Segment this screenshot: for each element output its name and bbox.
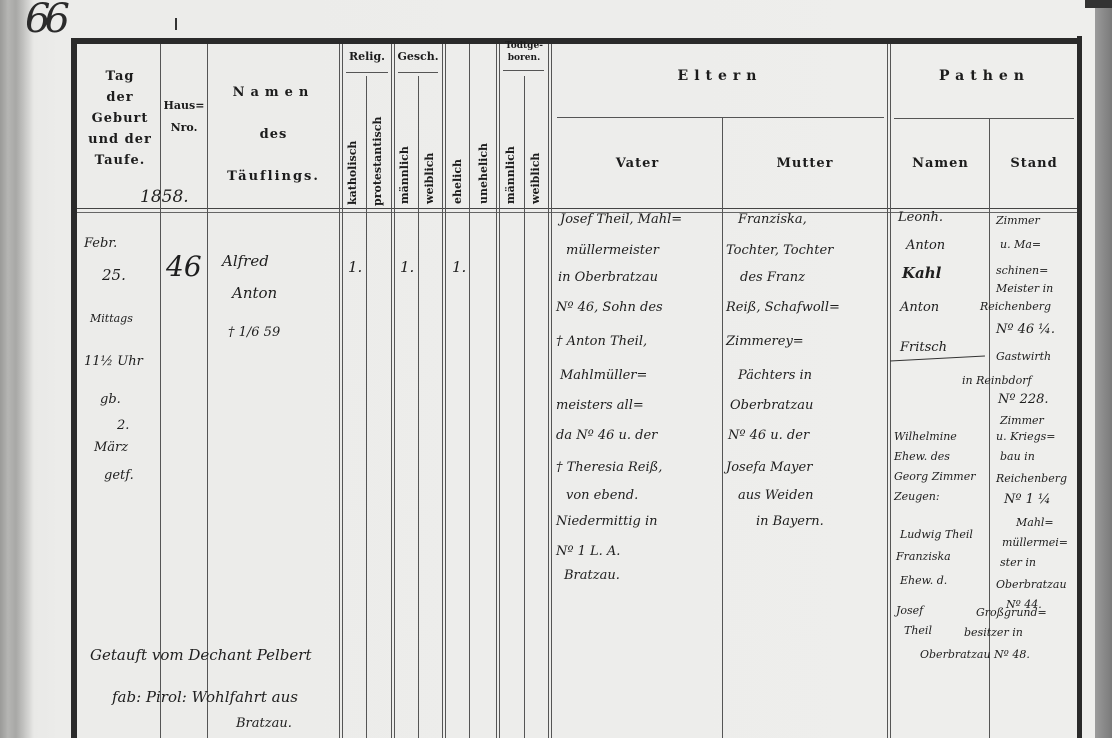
sponsor-name-line: Georg Zimmer [894,470,976,483]
sponsor-name-line: Ehew. d. [900,574,947,587]
sponsor-name-line: Zeugen: [894,490,940,503]
header-divider [77,208,1077,209]
sponsor-name-line: Franziska [896,550,951,563]
father-line: Nº 46, Sohn des [556,300,663,315]
header-vater: Vater [555,156,720,171]
sponsor-stand-line: Nº 1 ¼ [1004,492,1051,507]
sponsor-stand-line: ster in [1000,556,1036,569]
header-stand: Stand [991,156,1077,171]
table-frame-right [1077,36,1082,738]
sponsor-stand-line: Oberbratzau [996,578,1067,591]
year: 1858. [140,187,189,207]
father-line: † Anton Theil, [556,334,647,349]
header-tag-line: Taufe. [80,150,160,171]
sponsor-stand-line: u. Kriegs= [996,430,1056,443]
header-namen-line: Namen [208,72,339,114]
sponsor-name-line: Leonh. [898,210,943,225]
header-todt-line: Todtge- [499,40,549,52]
header-katholisch: katholisch [346,125,359,205]
mother-line: Nº 46 u. der [728,428,809,443]
sponsor-name-line: Anton [906,238,945,253]
header-tag-line: Tag [80,66,160,87]
mark-ehelich: 1. [452,258,466,276]
sponsor-name-line: Ehew. des [894,450,950,463]
eltern-underline [557,117,884,118]
header-unehelich: unehelich [477,120,490,204]
sponsor-stand-line: Zimmer [996,214,1040,227]
header-haus: Haus= Nro. [160,95,208,139]
sponsor-stand-line: besitzer in [964,626,1023,639]
sponsor-stand-line: Oberbratzau Nº 48. [920,648,1030,661]
sponsor-name-line: Theil [904,624,932,637]
sponsor-stand-line: müllermei= [1002,536,1068,549]
header-todtgeboren: Todtge- boren. [499,40,549,64]
mother-line: Franziska, [738,212,807,227]
col-line [469,44,470,738]
sponsor-stand-line: Reichenberg [996,472,1067,485]
header-todt-maennlich: männlich [504,120,517,204]
date-line: Febr. [84,236,117,251]
page-shadow [1085,0,1112,8]
header-todt-weiblich: weiblich [529,128,542,204]
footnote-line: Getauft vom Dechant Pelbert [90,646,311,664]
sponsor-stand-line: Mahl= [1016,516,1054,529]
header-mutter: Mutter [724,156,886,171]
header-namen-line: des [208,114,339,156]
mother-line: aus Weiden [738,488,813,503]
father-line: da Nº 46 u. der [556,428,657,443]
sponsor-name-line: Fritsch [900,340,947,355]
top-mark [175,18,177,30]
col-line [887,44,888,738]
book-edge [1095,0,1112,738]
sponsor-stand-line: u. Ma= [1000,238,1041,251]
father-line: meisters all= [556,398,644,413]
header-tag-line: und der [80,129,160,150]
sponsor-stand-line: in Reinbdorf [962,374,1032,387]
mother-line: Zimmerey= [726,334,804,349]
relig-underline [346,72,388,73]
header-maennlich: männlich [398,118,411,204]
sponsor-name-line: Kahl [902,264,941,282]
mother-line: Oberbratzau [730,398,813,413]
date-line: gb. [100,392,121,407]
sponsor-name-line: Wilhelmine [894,430,957,443]
col-line [339,44,340,738]
todt-underline [503,70,544,71]
header-tag-line: der [80,87,160,108]
sponsor-stand-line: Zimmer [1000,414,1044,427]
mark-katholisch: 1. [348,258,362,276]
col-line [366,76,367,738]
sponsor-stand-line: schinen= [996,264,1048,277]
child-name-line: Alfred [222,252,269,270]
sponsor-name-line: Josef [896,604,923,617]
mother-line: Josefa Mayer [726,460,812,475]
mother-line: Pächters in [738,368,812,383]
header-tag-line: Geburt [80,108,160,129]
header-tag: Tag der Geburt und der Taufe. [80,66,160,171]
col-line [499,44,500,738]
col-line [391,44,392,738]
col-line [722,117,723,738]
father-line: † Theresia Reiß, [556,460,662,475]
header-haus-line: Nro. [160,117,208,139]
col-line [496,44,497,738]
father-line: müllermeister [566,243,659,258]
father-line: Bratzau. [564,568,620,583]
date-line: März [94,440,128,455]
header-haus-line: Haus= [160,95,208,117]
header-gesch: Gesch. [394,50,442,63]
header-ehelich: ehelich [451,140,464,204]
footnote-line: fab: Pirol: Wohlfahrt aus [112,688,298,706]
col-line [160,44,161,738]
gesch-underline [398,72,438,73]
col-line [342,44,343,738]
table-frame-top [71,38,1081,44]
header-namen-line: Täuflings. [208,156,339,198]
mother-line: in Bayern. [756,514,824,529]
header-weiblich: weiblich [423,130,436,204]
father-line: Niedermittig in [556,514,658,529]
sponsor-stand-line: Reichenberg [980,300,1051,313]
header-relig: Relig. [342,50,392,63]
header-pathen: Pathen [892,68,1077,84]
sponsor-stand-line: Gastwirth [996,350,1051,363]
father-line: Mahlmüller= [560,368,647,383]
table-frame-left [71,38,77,738]
date-line: 2. [117,418,129,433]
sponsor-stand-line: Großgrund= [976,606,1047,619]
sponsor-stand-line: Nº 228. [998,392,1049,407]
house-number: 46 [166,250,202,283]
father-line: in Oberbratzau [558,270,658,285]
header-protestantisch: protestantisch [371,98,384,206]
mark-maennlich: 1. [400,258,414,276]
header-eltern: Eltern [555,68,885,84]
pathen-underline [894,118,1074,119]
col-line [442,44,443,738]
father-line: Josef Theil, Mahl= [560,212,682,227]
father-line: Nº 1 L. A. [556,544,620,559]
date-line: getf. [104,468,134,483]
col-line [394,44,395,738]
sponsor-stand-line: bau in [1000,450,1035,463]
sponsor-name-line: Anton [900,300,939,315]
date-line: 11½ Uhr [84,354,143,369]
col-line [551,44,552,738]
col-line [524,76,525,738]
date-line: Mittags [90,312,133,325]
mother-line: Tochter, Tochter [726,243,833,258]
sponsor-name-line: Ludwig Theil [900,528,973,541]
mother-line: Reiß, Schafwoll= [726,300,840,315]
mother-line: des Franz [740,270,805,285]
footnote-line: Bratzau. [236,716,292,731]
col-line [989,118,990,738]
header-pathen-namen: Namen [892,156,989,171]
date-line: 25. [102,266,126,284]
col-line [890,44,891,738]
header-todt-line: boren. [499,52,549,64]
header-namen: Namen des Täuflings. [208,72,339,198]
page-number: 66 [25,0,64,42]
father-line: von ebend. [566,488,638,503]
col-line [418,76,419,738]
child-name-line: Anton [232,284,277,302]
sponsor-stand-line: Meister in [996,282,1053,295]
sponsor-stand-line: Nº 46 ¼. [996,322,1055,337]
col-line [445,44,446,738]
death-note: † 1/6 59 [228,325,280,340]
col-line [548,44,549,738]
